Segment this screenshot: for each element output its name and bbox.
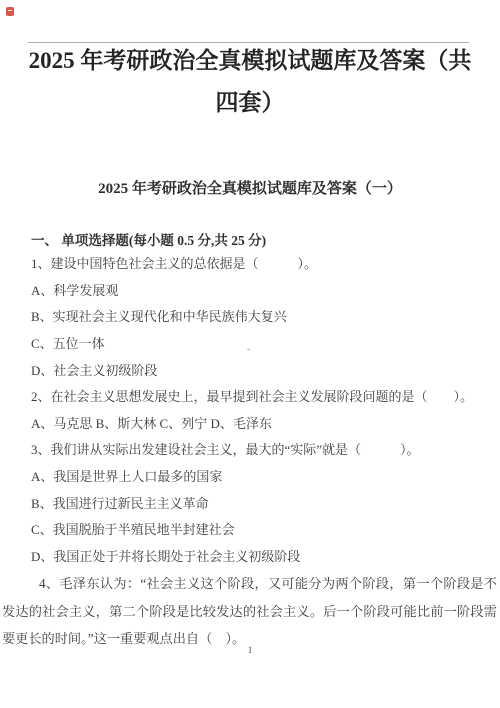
question-1-option-b: B、实现社会主义现代化和中华民族伟大复兴: [31, 304, 488, 331]
scan-artifact-dot: [247, 348, 250, 351]
question-4-paragraph: 4、毛泽东认为：“社会主义这个阶段，又可能分为两个阶段，第一个阶段是不发达的社会…: [2, 570, 497, 653]
question-list: 1、建设中国特色社会主义的总依据是（ ）。 A、科学发展观 B、实现社会主义现代…: [31, 251, 488, 571]
question-2-options: A、马克思 B、斯大林 C、列宁 D、毛泽东: [31, 411, 488, 438]
exam-document-page: 2025 年考研政治全真模拟试题库及答案（共四套） 2025 年考研政治全真模拟…: [0, 0, 500, 708]
red-watermark-icon: [6, 7, 14, 16]
question-1-option-a: A、科学发展观: [31, 278, 488, 305]
page-number: 1: [0, 646, 500, 657]
paper-one-title: 2025 年考研政治全真模拟试题库及答案（一）: [0, 181, 500, 198]
document-title: 2025 年考研政治全真模拟试题库及答案（共四套）: [22, 40, 478, 124]
question-2-stem: 2、在社会主义思想发展史上，最早提到社会主义发展阶段问题的是（ ）。: [31, 384, 488, 411]
question-3-option-d: D、我国正处于并将长期处于社会主义初级阶段: [31, 544, 488, 571]
question-1-option-c: C、五位一体: [31, 331, 488, 358]
question-3-option-c: C、我国脱胎于半殖民地半封建社会: [31, 517, 488, 544]
question-1-stem: 1、建设中国特色社会主义的总依据是（ ）。: [31, 251, 488, 278]
question-3-stem: 3、我们讲从实际出发建设社会主义，最大的“实际”就是（ ）。: [31, 437, 488, 464]
section-heading-single-choice: 一、 单项选择题(每小题 0.5 分,共 25 分): [31, 234, 266, 248]
question-3-option-b: B、我国进行过新民主主义革命: [31, 491, 488, 518]
question-1-option-d: D、社会主义初级阶段: [31, 358, 488, 385]
question-3-option-a: A、我国是世界上人口最多的国家: [31, 464, 488, 491]
